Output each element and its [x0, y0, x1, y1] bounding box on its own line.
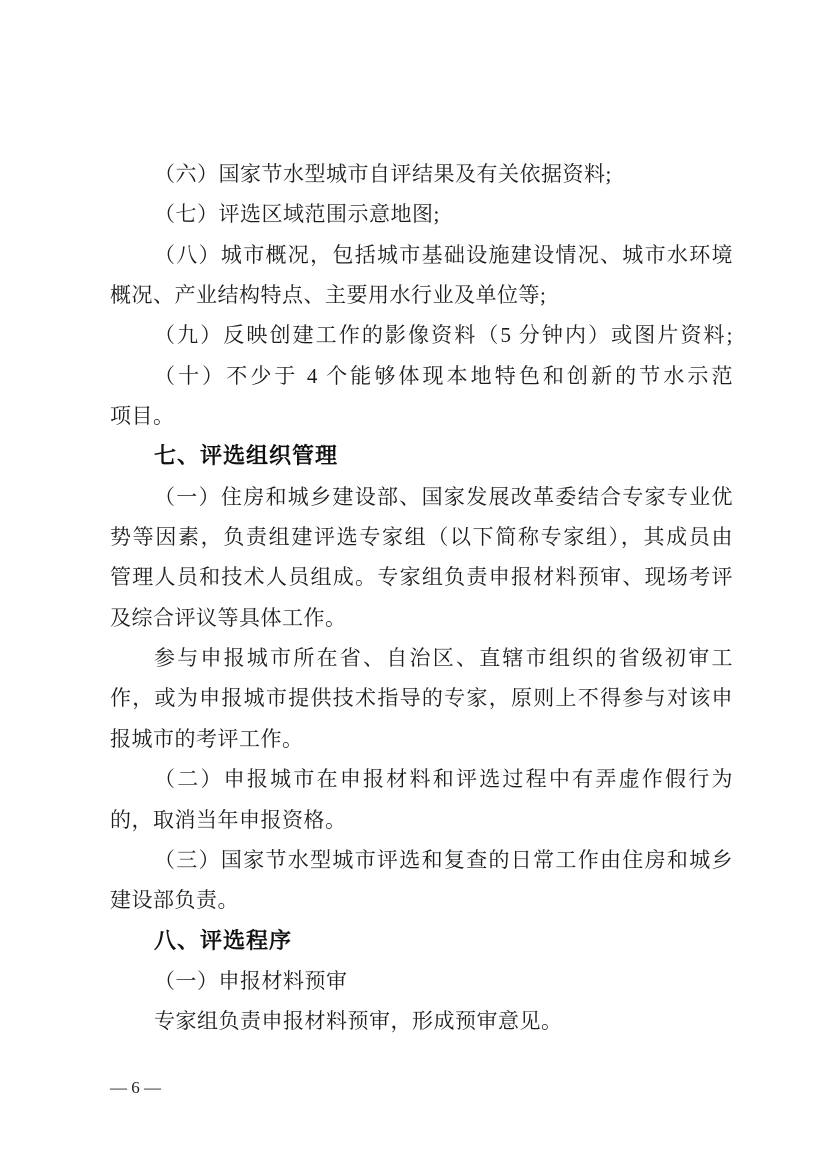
text-line: （八）城市概况，包括城市基础设施建设情况、城市水环境: [110, 235, 733, 275]
text-line: 报城市的考评工作。: [110, 719, 733, 759]
text-line: 作，或为申报城市提供技术指导的专家，原则上不得参与对该申: [110, 678, 733, 718]
text-line: 势等因素，负责组建评选专家组（以下简称专家组），其成员由: [110, 517, 733, 557]
document-page: （六）国家节水型城市自评结果及有关依据资料; （七）评选区域范围示意地图; （八…: [0, 0, 826, 1169]
text-line: （六）国家节水型城市自评结果及有关依据资料;: [110, 154, 733, 194]
text-line: 项目。: [110, 396, 733, 436]
text-line: 概况、产业结构特点、主要用水行业及单位等;: [110, 275, 733, 315]
document-body: （六）国家节水型城市自评结果及有关依据资料; （七）评选区域范围示意地图; （八…: [110, 154, 733, 1042]
subsection-heading: （一）申报材料预审: [110, 961, 733, 1001]
text-line: 的，取消当年申报资格。: [110, 800, 733, 840]
section-heading-7: 七、评选组织管理: [110, 436, 733, 476]
text-line: 专家组负责申报材料预审，形成预审意见。: [110, 1001, 733, 1041]
text-line: 管理人员和技术人员组成。专家组负责申报材料预审、现场考评: [110, 557, 733, 597]
text-line: 及综合评议等具体工作。: [110, 598, 733, 638]
text-line: 参与申报城市所在省、自治区、直辖市组织的省级初审工: [110, 638, 733, 678]
page-number: — 6 —: [110, 1076, 161, 1100]
text-line: （十）不少于 4 个能够体现本地特色和创新的节水示范: [110, 356, 733, 396]
text-line: （二）申报城市在申报材料和评选过程中有弄虚作假行为: [110, 759, 733, 799]
section-heading-8: 八、评选程序: [110, 921, 733, 961]
text-line: （九）反映创建工作的影像资料（5 分钟内）或图片资料;: [110, 315, 733, 355]
text-line: （一）住房和城乡建设部、国家发展改革委结合专家专业优: [110, 477, 733, 517]
text-line: （七）评选区域范围示意地图;: [110, 194, 733, 234]
text-line: 建设部负责。: [110, 880, 733, 920]
text-line: （三）国家节水型城市评选和复查的日常工作由住房和城乡: [110, 840, 733, 880]
